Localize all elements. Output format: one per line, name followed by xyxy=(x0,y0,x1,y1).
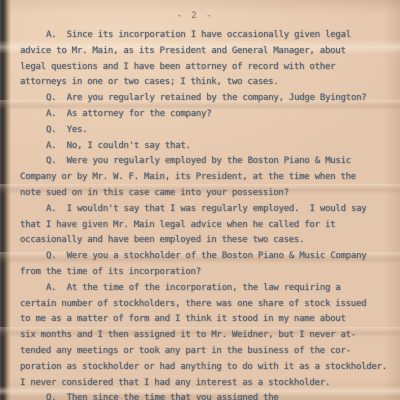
text-line: poration as stockholder or had anything … xyxy=(20,360,394,376)
text-line: legal questions and I have been attorney… xyxy=(20,60,394,76)
text-line: Q. Were you regularly employed by the Bo… xyxy=(20,154,394,170)
text-line: to me as a matter of form and I think it… xyxy=(20,312,394,328)
text-line: A. Since its incorporation I have occasi… xyxy=(20,28,394,44)
text-line: A. I wouldn't say that I was regularly e… xyxy=(20,202,394,218)
text-line: Q. Are you regularly retained by the com… xyxy=(20,91,394,107)
text-line: that I have given Mr. Main legal advice … xyxy=(20,218,394,234)
text-line: Q. Then since the time that you assigned… xyxy=(20,391,394,400)
text-line: attorneys in one or two cases; I think, … xyxy=(20,75,394,91)
scanned-page: - 2 - A. Since its incorporation I have … xyxy=(0,0,400,400)
scan-left-edge xyxy=(0,0,11,400)
text-line: Q. Yes. xyxy=(20,123,394,139)
text-line: A. At the time of the incorporation, the… xyxy=(20,281,394,297)
text-line: A. No, I couldn't say that. xyxy=(20,139,394,155)
text-line: certain number of stockholders, there wa… xyxy=(20,297,394,313)
text-line: note sued on in this case came into your… xyxy=(20,186,394,202)
text-line: I never considered that I had any intere… xyxy=(20,376,394,392)
page-number: - 2 - xyxy=(0,11,390,21)
text-line: occasionally and have been employed in t… xyxy=(20,233,394,249)
document-text: A. Since its incorporation I have occasi… xyxy=(20,28,394,400)
text-line: advice to Mr. Main, as its President and… xyxy=(20,44,394,60)
text-line: Company or by Mr. W. F. Main, its Presid… xyxy=(20,170,394,186)
text-line: Q. Were you a stockholder of the Boston … xyxy=(20,249,394,265)
text-line: from the time of its incorporation? xyxy=(20,265,394,281)
text-line: A. As attorney for the company? xyxy=(20,107,394,123)
text-line: tended any meetings or took any part in … xyxy=(20,344,394,360)
text-line: six months and I then assigned it to Mr.… xyxy=(20,328,394,344)
